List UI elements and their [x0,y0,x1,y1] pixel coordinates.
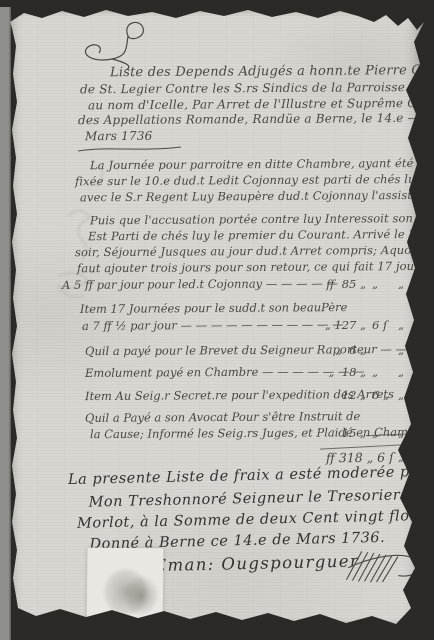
footer-line: Mon Treshonnoré Seigneur le Tresorier [88,488,400,511]
footer-line: La presente Liste de fraix a esté moderé… [68,463,434,488]
moderation-note-block: La presente Liste de fraix a esté moderé… [0,0,427,633]
signature: Eman: Ougspourguer [154,551,360,575]
photo-backdrop: Liste des Depends Adjugés a honn.te Pier… [0,0,434,640]
manuscript-page: Liste des Depends Adjugés a honn.te Pier… [10,6,424,632]
paper-repair-patch [87,548,164,640]
adjacent-page-edge [0,7,11,640]
footer-line: Morlot, à la Somme de deux Cent vingt fl… [77,508,434,532]
seal-stain [95,560,160,625]
